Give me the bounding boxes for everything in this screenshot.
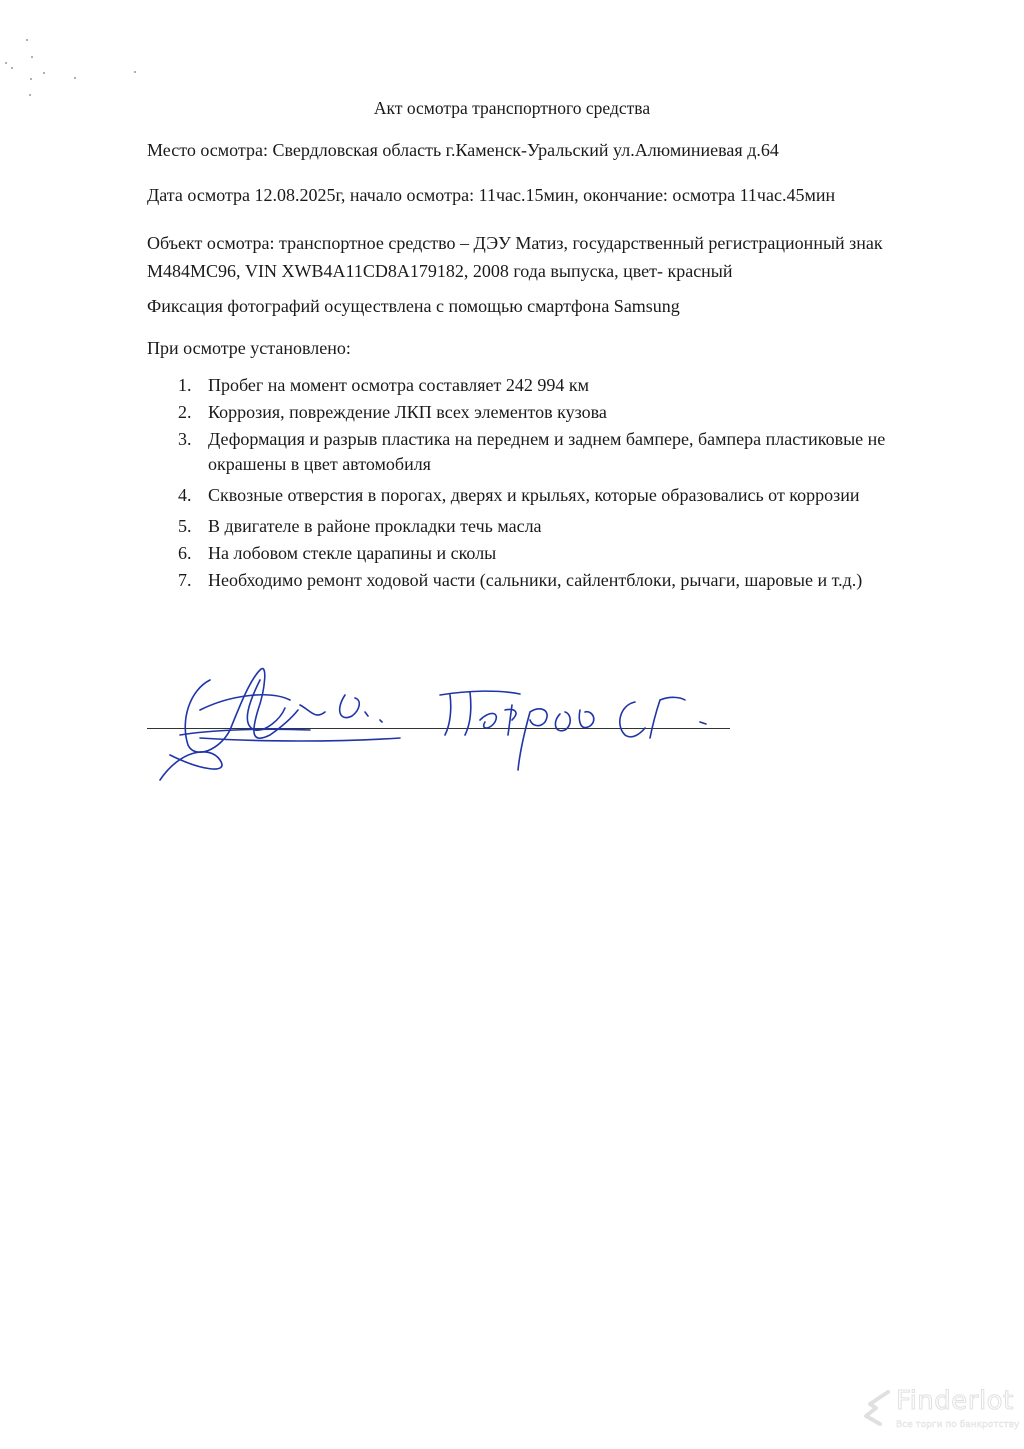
watermark-tagline: Все торги по банкротству (896, 1420, 1019, 1430)
finderlot-logo-icon (862, 1388, 892, 1428)
signatures (140, 650, 740, 790)
inspection-place: Место осмотра: Свердловская область г.Ка… (147, 140, 779, 161)
watermark-brand: Finderlot (896, 1386, 1014, 1416)
finding-item: 7.Необходимо ремонт ходовой части (сальн… (160, 568, 950, 593)
finding-item: 3.Деформация и разрыв пластика на передн… (160, 427, 950, 477)
finding-item: 6.На лобовом стекле царапины и сколы (160, 541, 950, 566)
finding-item: 5.В двигателе в районе прокладки течь ма… (160, 514, 950, 539)
finderlot-watermark: Finderlot Все торги по банкротству (862, 1384, 1022, 1444)
document-title: Акт осмотра транспортного средства (0, 98, 1024, 119)
finding-item: 4.Сквозные отверстия в порогах, дверях и… (160, 483, 950, 508)
inspection-object: Объект осмотра: транспортное средство – … (147, 229, 947, 285)
signature-2 (440, 691, 520, 735)
finding-item: 2.Коррозия, повреждение ЛКП всех элемент… (160, 400, 950, 425)
inspection-date: Дата осмотра 12.08.2025г, начало осмотра… (147, 185, 835, 206)
findings-list: 1.Пробег на момент осмотра составляет 24… (160, 373, 950, 595)
photo-note: Фиксация фотографий осуществлена с помощ… (147, 296, 680, 317)
findings-intro: При осмотре установлено: (147, 338, 351, 359)
finding-item: 1.Пробег на момент осмотра составляет 24… (160, 373, 950, 398)
